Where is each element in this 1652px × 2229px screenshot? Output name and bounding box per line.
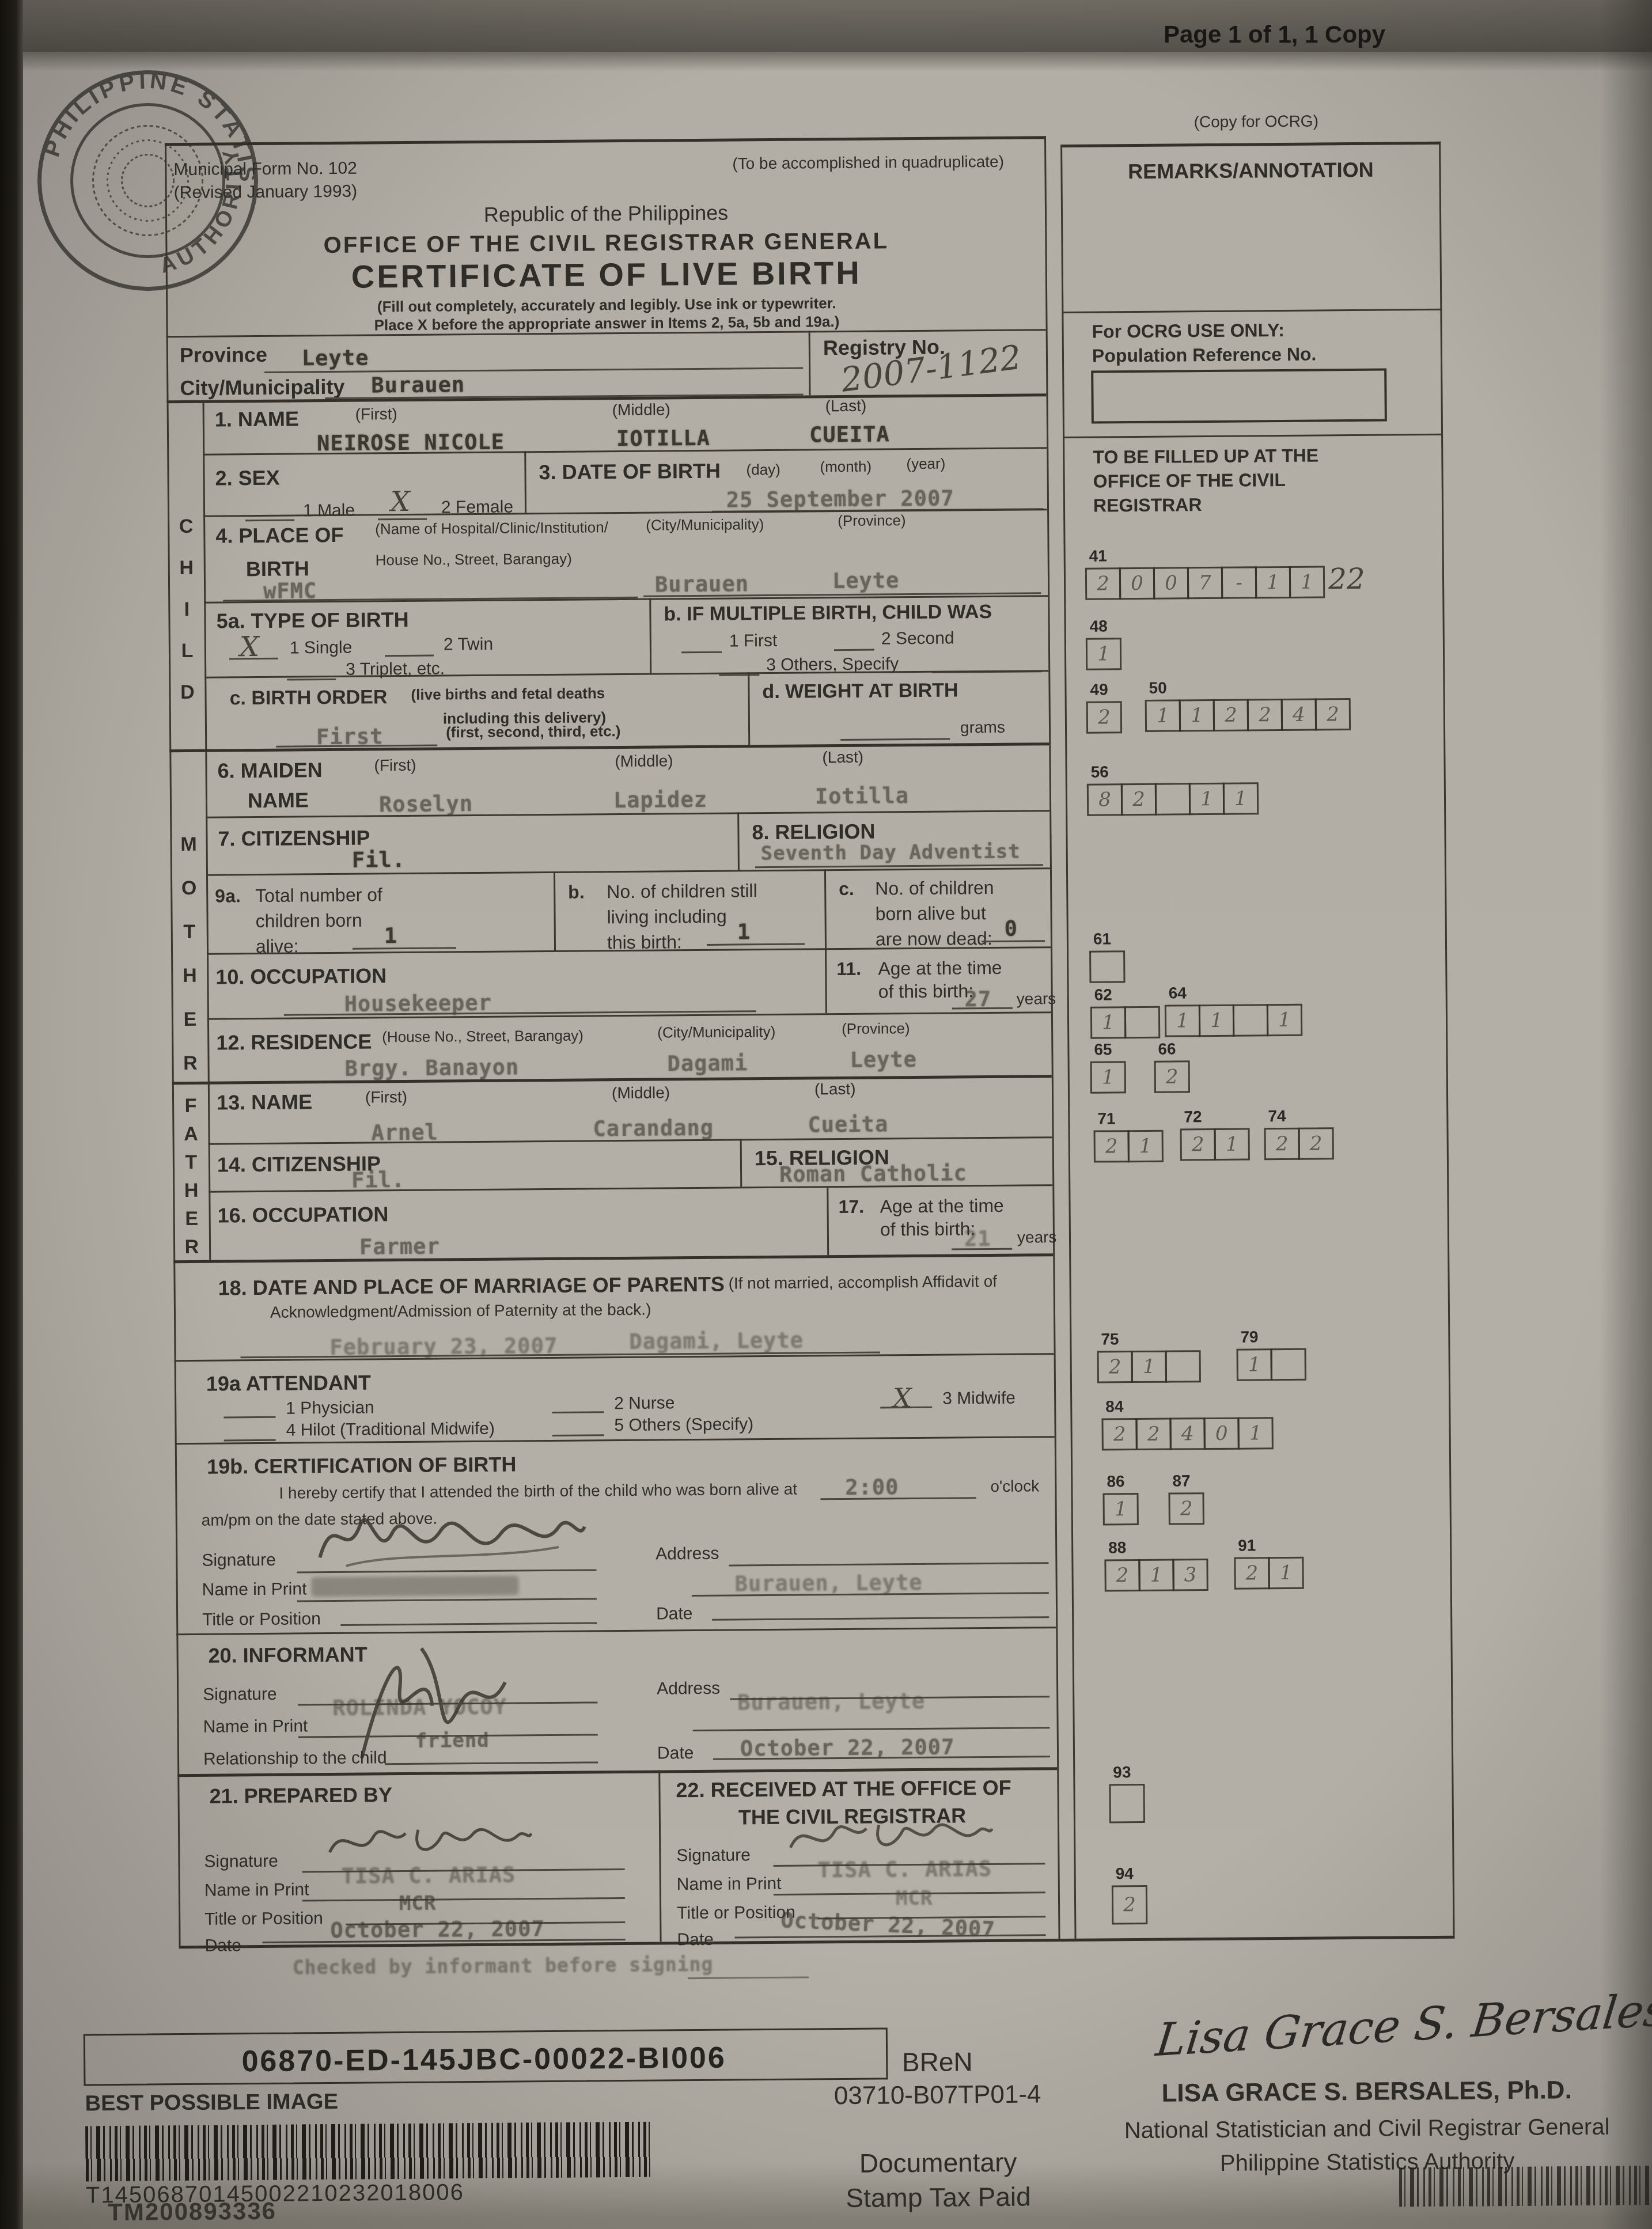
form-border-top (165, 136, 1046, 146)
ocrg-box-cell: - (1221, 566, 1257, 598)
dob-day-header: (day) (746, 461, 780, 479)
section-father: F A T H E R (175, 1092, 207, 1261)
fill-line (552, 1434, 604, 1436)
ocrg-group-label: 86 (1107, 1472, 1124, 1491)
mother-last-name: Iotilla (815, 783, 909, 809)
ocrg-group-label: 41 (1089, 547, 1107, 565)
scan-right-shadow (1600, 0, 1652, 2229)
attendant-others: 5 Others (Specify) (614, 1415, 753, 1435)
item11-line1: Age at the time (878, 957, 1002, 980)
line (649, 598, 651, 673)
item18-label: 18. DATE AND PLACE OF MARRIAGE OF PARENT… (218, 1272, 725, 1301)
first-header: (First) (365, 1088, 407, 1107)
ocrg-box-cell: 4 (1169, 1417, 1205, 1450)
address-label: Address (656, 1544, 719, 1564)
ocrg-group-label: 48 (1090, 617, 1108, 635)
scanned-birth-certificate: Page 1 of 1, 1 Copy PHILIPPINE STATISTIC… (0, 0, 1652, 2229)
ocrg-box-cell (1165, 1350, 1201, 1382)
bren-number: 03710-B07TP01-4 (810, 2080, 1064, 2110)
ocrg-box-cell: 1 (1138, 1559, 1174, 1591)
line (524, 451, 526, 513)
fill-line (224, 1439, 276, 1442)
fill-line (719, 674, 759, 676)
ocrg-box-cell: 2 (1247, 699, 1283, 731)
item11-num: 11. (836, 958, 861, 980)
item4-label2: BIRTH (246, 556, 309, 581)
fill-line (840, 738, 950, 741)
ocrg-group-label: 84 (1105, 1397, 1123, 1416)
fill-line (552, 1411, 604, 1413)
item9c-line1: No. of children (875, 877, 994, 900)
item4-prov-hint: (Province) (838, 511, 906, 530)
item9a-line1: Total number of (255, 884, 382, 907)
midwife-x-mark: X (893, 1382, 912, 1413)
ocrg-group-79: 1 (1238, 1348, 1306, 1381)
registrar-name: TISA C. ARIAS (817, 1856, 992, 1882)
ocrg-box-cell: 1 (1267, 1004, 1302, 1036)
ocrg-group-91: 21 (1236, 1557, 1304, 1590)
line (737, 812, 740, 870)
item9b-num: b. (568, 882, 585, 903)
item6-label2: NAME (248, 788, 309, 813)
date-label: Date (204, 1936, 241, 1955)
residence-province: Leyte (850, 1047, 917, 1072)
bersales-name: LISA GRACE S. BERSALES, Ph.D. (1098, 2075, 1634, 2108)
child-middle-name: IOTILLA (616, 426, 710, 451)
signature-label: Signature (204, 1852, 278, 1872)
item4-label1: 4. PLACE OF (215, 523, 343, 548)
item2-label: 2. SEX (215, 466, 279, 491)
fill-line (707, 943, 805, 946)
fill-line (681, 651, 722, 654)
item8-label: 8. RELIGION (752, 820, 875, 845)
relationship-label: Relationship to the child (203, 1748, 387, 1769)
dob-month-header: (month) (820, 458, 872, 476)
item5a-label: 5a. TYPE OF BIRTH (216, 608, 408, 634)
image-code: 06870-ED-145JBC-00022-BI006 (84, 2040, 884, 2080)
ocrg-group-75: 21 (1099, 1350, 1201, 1383)
ocrg-box-cell: 1 (1199, 1004, 1234, 1037)
ocrg-box-cell: 1 (1102, 1493, 1138, 1525)
line (809, 331, 811, 395)
residence-city: Dagami (667, 1051, 748, 1076)
ocrg-box-cell: 2 (1168, 1492, 1204, 1525)
item17-line1: Age at the time (880, 1195, 1004, 1218)
ocrg-box-cell: 0 (1203, 1417, 1239, 1450)
item17-num: 17. (838, 1196, 864, 1218)
ocrg-box-cell: 2 (1104, 1559, 1140, 1591)
title-or-position-label: Title or Position (677, 1903, 795, 1924)
ocrg-handwritten-overflow: 22 (1328, 562, 1365, 596)
ocrg-group-88: 213 (1106, 1559, 1208, 1591)
middle-header: (Middle) (612, 400, 670, 419)
informant-name: ROLINDA YOCOY (332, 1695, 507, 1720)
informant-relationship: friend (415, 1729, 490, 1753)
line (658, 1771, 661, 1942)
fill-line (340, 1622, 597, 1625)
section-child: C H I L D (170, 506, 203, 713)
ocrg-group-label: 88 (1108, 1538, 1126, 1557)
item2-opt1: 1 Male (303, 501, 355, 521)
attendant-hilot: 4 Hilot (Traditional Midwife) (286, 1419, 495, 1440)
ocrg-box-cell: 1 (1214, 1128, 1250, 1160)
item18-note2: Acknowledgment/Admission of Paternity at… (270, 1301, 651, 1322)
signature-label: Signature (203, 1685, 277, 1705)
item5c-hint1: (live births and fetal deaths (411, 684, 605, 704)
middle-header: (Middle) (612, 1083, 670, 1102)
item5c-label: c. BIRTH ORDER (229, 686, 387, 710)
mother-citizenship: Fil. (352, 847, 406, 873)
item10-label: 10. OCCUPATION (215, 964, 387, 989)
ocrg-box-cell: 2 (1112, 1885, 1148, 1924)
ocrg-group-label: 65 (1094, 1040, 1112, 1059)
ocrg-group-label: 66 (1158, 1040, 1176, 1058)
dob-year-header: (year) (906, 455, 945, 473)
birth-province: Leyte (832, 568, 900, 593)
attendant-physician: 1 Physician (286, 1398, 374, 1418)
children-born-alive: 1 (384, 923, 398, 948)
bren-label: BReN (845, 2046, 1029, 2079)
item4-hint1: (Name of Hospital/Clinic/Institution/ (375, 518, 608, 538)
ocrg-group-label: 49 (1090, 680, 1108, 699)
population-ref-label: Population Reference No. (1092, 344, 1317, 367)
ocrg-box-cell: 1 (1255, 566, 1291, 598)
item21-label: 21. PREPARED BY (209, 1783, 392, 1808)
line (209, 1184, 1052, 1193)
title-or-position-label: Title or Position (204, 1909, 323, 1929)
item12-hint1: (House No., Street, Barangay) (382, 1027, 583, 1047)
ocrg-group-label: 75 (1101, 1330, 1119, 1348)
ocrg-box-cell: 2 (1213, 699, 1249, 731)
barcode-number-2: TM200893336 (108, 2197, 276, 2226)
name-in-print-label: Name in Print (677, 1874, 782, 1894)
mother-first-name: Roselyn (379, 791, 473, 817)
line (1439, 142, 1454, 1936)
item19b-label: 19b. CERTIFICATION OF BIRTH (207, 1453, 517, 1479)
item3-label: 3. DATE OF BIRTH (539, 459, 721, 484)
dob-value: 25 September 2007 (726, 486, 954, 512)
population-ref-box (1091, 369, 1387, 424)
ocrg-group-label: 91 (1238, 1536, 1256, 1555)
bersales-signature: Lisa Grace S. Bersales (1153, 1984, 1652, 2067)
date-label: Date (677, 1930, 714, 1950)
ocrg-group-87: 2 (1170, 1492, 1204, 1525)
item9a-num: 9a. (215, 885, 241, 907)
ocrg-group-label: 64 (1169, 984, 1187, 1002)
attendant-midwife: 3 Midwife (942, 1389, 1016, 1409)
item12-hint3: (Province) (842, 1019, 910, 1038)
ocrg-group-label: 62 (1094, 985, 1112, 1004)
ocrg-use-only: For OCRG USE ONLY: (1092, 320, 1285, 343)
item4-hint2: House No., Street, Barangay) (376, 550, 572, 570)
ocrg-group-93 (1111, 1784, 1145, 1823)
paper-sheet: PHILIPPINE STATISTICS AUTHORITY Municipa… (0, 0, 1652, 2229)
years-label: years (1017, 1228, 1057, 1247)
bersales-position: National Statistician and Civil Registra… (1076, 2114, 1652, 2144)
item9c-num: c. (839, 878, 854, 900)
children-now-dead: 0 (1005, 916, 1018, 941)
fill-line (302, 1897, 625, 1901)
item9b-line2: living including (607, 906, 726, 928)
form-number: Municipal Form No. 102 (173, 159, 357, 180)
ocrg-group-74: 22 (1266, 1127, 1334, 1160)
marriage-place: Dagami, Leyte (629, 1328, 804, 1354)
fill-line (688, 1977, 809, 1980)
ocrg-box-cell: 1 (1086, 638, 1121, 670)
ocrg-group-72: 21 (1182, 1128, 1250, 1161)
item19a-label: 19a ATTENDANT (206, 1370, 371, 1396)
item13-label: 13. NAME (217, 1090, 312, 1114)
form-border-right (1044, 136, 1060, 1939)
ocrg-box-cell: 2 (1234, 1557, 1270, 1589)
address-label: Address (657, 1679, 720, 1699)
ocrg-box-cell: 1 (1237, 1417, 1273, 1449)
ocrg-group-label: 61 (1093, 930, 1111, 948)
ocrg-group-50: 112242 (1147, 698, 1351, 732)
date-label: Date (657, 1743, 694, 1763)
middle-header: (Middle) (615, 752, 673, 771)
last-header: (Last) (822, 748, 863, 767)
line (740, 1139, 742, 1186)
fill-line (245, 519, 294, 521)
line (824, 869, 827, 948)
line (169, 742, 1049, 752)
ocrg-group-66: 2 (1156, 1060, 1190, 1093)
item9b-line1: No. of children still (607, 880, 757, 903)
years-label: years (1017, 990, 1056, 1009)
father-age: 21 (964, 1226, 991, 1251)
ocrg-box-cell: 2 (1298, 1127, 1334, 1159)
item22-label1: 22. RECEIVED AT THE OFFICE OF (676, 1776, 1011, 1803)
form-revision: (Revised January 1993) (174, 182, 358, 203)
line (827, 1186, 829, 1255)
ocrg-box-cell: 2 (1154, 1060, 1190, 1093)
line (748, 672, 750, 745)
ocrg-box-cell: 2 (1264, 1128, 1300, 1160)
line (204, 670, 1048, 678)
ocrg-box-cell (1233, 1004, 1268, 1036)
ocrg-box-cell: 2 (1180, 1128, 1216, 1161)
signature-label: Signature (202, 1551, 276, 1571)
line (1060, 145, 1076, 1939)
ocrg-group-label: 72 (1184, 1108, 1202, 1126)
fill-line (297, 1598, 597, 1602)
first-header: (First) (374, 756, 416, 775)
ocrg-box-cell: 1 (1179, 699, 1215, 731)
signature-label: Signature (676, 1845, 751, 1866)
item4-city-hint: (City/Municipality) (646, 515, 764, 534)
province-label: Province (180, 343, 267, 367)
item11-line2: of this birth: (878, 980, 973, 1002)
ocrg-box-cell: 1 (1289, 566, 1325, 598)
fill-line (353, 947, 456, 949)
fill-line (712, 1616, 1049, 1621)
father-occupation: Farmer (359, 1234, 440, 1260)
item12-label: 12. RESIDENCE (216, 1029, 372, 1055)
ocrg-box-cell: 1 (1223, 782, 1259, 814)
item5b-opt1: 1 First (729, 631, 778, 651)
ocrg-box-cell: 2 (1315, 698, 1351, 730)
fill-line (693, 1727, 1050, 1731)
attendant-nurse: 2 Nurse (614, 1393, 675, 1413)
line (177, 1767, 1057, 1777)
line (172, 1075, 1052, 1085)
ocrg-box-cell: 1 (1165, 1004, 1200, 1037)
copy-for-ocrg: (Copy for OCRG) (1095, 111, 1418, 132)
remarks-title: REMARKS/ANNOTATION (1066, 157, 1435, 184)
mother-religion: Seventh Day Adventist (761, 840, 1021, 866)
fill-line (729, 1562, 1048, 1566)
ocrg-box-cell: 1 (1145, 699, 1181, 731)
fill-up-line2: OFFICE OF THE CIVIL (1093, 469, 1286, 492)
city-label: City/Municipality (180, 375, 344, 400)
line (554, 871, 556, 950)
fill-line (385, 655, 434, 657)
birth-time: 2:00 (845, 1474, 899, 1500)
ocrg-box-cell (1155, 783, 1191, 815)
fill-line (982, 940, 1045, 942)
ocrg-group-label: 94 (1116, 1864, 1134, 1883)
section-mother: M O T H E R (173, 822, 206, 1085)
registrar-title: MCR (896, 1887, 933, 1910)
ocrg-box-cell: 8 (1087, 783, 1123, 816)
item9a-line2: children born (255, 910, 362, 932)
title-or-position-label: Title or Position (202, 1609, 321, 1630)
child-last-name: CUEITA (809, 422, 890, 447)
prepared-by-date: October 22, 2007 (330, 1916, 545, 1943)
date-label: Date (656, 1604, 693, 1624)
residence-barangay: Brgy. Banayon (344, 1055, 519, 1081)
ocrg-box-cell: 1 (1268, 1557, 1304, 1589)
city-value: Burauen (371, 372, 465, 397)
fill-line (952, 1248, 1012, 1250)
fill-line (223, 1416, 275, 1419)
ocrg-box-cell (1271, 1348, 1306, 1381)
illegible-name-smudge (312, 1575, 519, 1597)
line (1060, 142, 1441, 147)
ocrg-group-41: 2007-1122 (1087, 566, 1365, 601)
ocrg-group-label: 56 (1091, 763, 1109, 781)
line (1062, 309, 1442, 313)
prepared-by-signature (325, 1810, 533, 1867)
checked-by-note: Checked by informant before signing (293, 1953, 714, 1979)
item5b-opt2: 2 Second (881, 628, 954, 649)
ocrg-box-cell: 2 (1085, 567, 1121, 600)
birth-city: Burauen (655, 571, 749, 597)
ocrg-group-48: 1 (1088, 638, 1121, 670)
ocrg-box-cell: 4 (1281, 699, 1317, 731)
ocrg-group-49: 2 (1088, 701, 1122, 733)
fill-up-line1: TO BE FILLED UP AT THE (1093, 445, 1318, 468)
ocrg-group-label: 79 (1240, 1328, 1258, 1346)
grams-label: grams (960, 718, 1005, 737)
item12-hint2: (City/Municipality) (657, 1023, 775, 1042)
fill-up-line3: REGISTRAR (1093, 494, 1202, 516)
line (825, 948, 827, 1013)
ocrg-group-84: 22401 (1103, 1417, 1273, 1450)
ocrg-box-cell: 2 (1097, 1351, 1133, 1383)
ocrg-box-cell: 2 (1086, 701, 1122, 733)
item18-note1: (If not married, accomplish Affidavit of (728, 1272, 997, 1293)
ocrg-box-cell: 1 (1090, 1061, 1126, 1093)
ocrg-box-cell: 2 (1094, 1130, 1130, 1162)
item5d-label: d. WEIGHT AT BIRTH (762, 679, 958, 703)
informant-address: Burauen, Leyte (737, 1689, 925, 1715)
line (206, 867, 1050, 876)
ocrg-group-61 (1091, 950, 1125, 983)
barcode (85, 2122, 650, 2182)
ocrg-group-label: 71 (1097, 1109, 1115, 1128)
item5a-opt2: 2 Twin (444, 635, 493, 655)
oclock-label: o'clock (990, 1477, 1039, 1496)
name-in-print-label: Name in Print (203, 1716, 308, 1737)
ocrg-box-cell: 0 (1119, 567, 1155, 600)
name-in-print-label: Name in Print (204, 1880, 309, 1900)
item1-label: 1. NAME (215, 407, 299, 431)
ocrg-group-86: 1 (1104, 1493, 1138, 1525)
doc-stamp-line1: Documentary (811, 2146, 1064, 2179)
last-header: (Last) (825, 397, 867, 416)
name-in-print-label: Name in Print (202, 1579, 307, 1599)
republic-line: Republic of the Philippines (232, 199, 980, 229)
civil-registrar-signature (786, 1806, 994, 1862)
ocrg-group-65: 1 (1092, 1061, 1126, 1093)
item16-label: 16. OCCUPATION (217, 1202, 388, 1227)
ocrg-group-label: 50 (1149, 679, 1166, 697)
ocrg-box-cell: 2 (1101, 1418, 1137, 1450)
ocrg-group-label: 87 (1172, 1472, 1190, 1490)
fill-line (834, 649, 874, 651)
ocrg-box-cell (1109, 1784, 1145, 1823)
best-possible-image: BEST POSSIBLE IMAGE (85, 2090, 338, 2116)
ocrg-box-cell: 3 (1172, 1559, 1208, 1591)
father-religion: Roman Catholic (779, 1161, 967, 1187)
item9c-line2: born alive but (875, 903, 986, 925)
ocrg-group-62: 1 (1092, 1006, 1160, 1039)
quadruplicate-note: (To be accomplished in quadruplicate) (732, 153, 1004, 173)
item6-label1: 6. MAIDEN (217, 758, 322, 783)
attendant-address: Burauen, Leyte (735, 1570, 923, 1597)
first-header: (First) (355, 405, 397, 424)
item7-label: 7. CITIZENSHIP (218, 825, 370, 851)
item5b-label: b. IF MULTIPLE BIRTH, CHILD WAS (664, 601, 992, 626)
ocrg-box-cell (1124, 1006, 1160, 1038)
prepared-by-name: TISA C. ARIAS (341, 1863, 516, 1889)
province-value: Leyte (302, 345, 369, 370)
last-header: (Last) (814, 1080, 856, 1099)
father-middle-name: Carandang (593, 1116, 714, 1142)
ocrg-box-cell: 1 (1090, 1006, 1126, 1038)
ocrg-box-cell: 1 (1131, 1351, 1167, 1383)
ocrg-box-cell: 2 (1121, 783, 1157, 816)
ocrg-group-label: 93 (1113, 1763, 1131, 1781)
ocrg-box-cell: 2 (1135, 1418, 1171, 1450)
fill-line (287, 678, 336, 681)
ocrg-box-cell: 0 (1153, 567, 1189, 599)
fill-line (821, 1497, 976, 1500)
ocrg-box-cell (1089, 950, 1125, 983)
doc-stamp-line2: Stamp Tax Paid (812, 2181, 1065, 2213)
item5a-opt1: 1 Single (290, 638, 353, 658)
father-last-name: Cueita (808, 1112, 888, 1137)
fill-line (952, 1007, 1013, 1010)
ocrg-group-94: 2 (1113, 1885, 1148, 1924)
ocrg-group-64: 111 (1166, 1004, 1302, 1037)
ocrg-group-label: 74 (1268, 1107, 1286, 1125)
attendant-signature (310, 1492, 588, 1575)
line (173, 1253, 1053, 1263)
children-still-living: 1 (737, 919, 751, 944)
